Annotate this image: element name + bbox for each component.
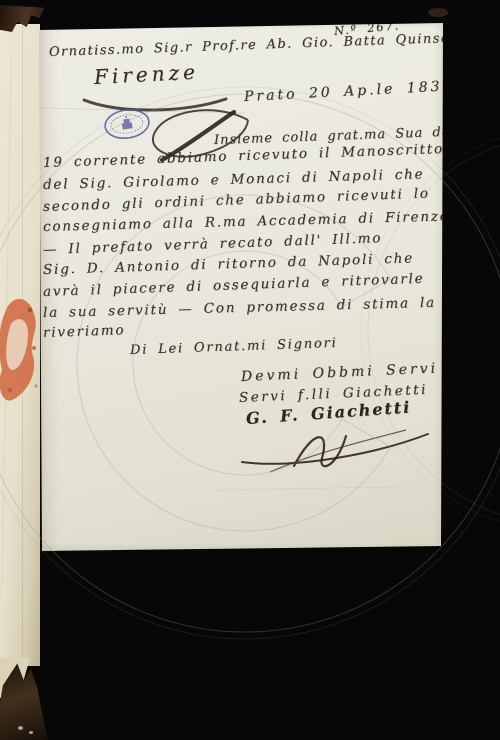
paper-speck: [29, 731, 33, 734]
dateline: Prato 20 Ap.le 1831: [244, 77, 455, 106]
letter-line: riveriamo: [43, 321, 126, 342]
paper-crease: [216, 486, 396, 490]
signature-flourish: [236, 422, 436, 476]
paper-speck: [18, 726, 23, 730]
letter-page: N.º 267. Ornatiss.mo Sig.r Prof.re Ab. G…: [36, 18, 446, 555]
photo-background: N.º 267. Ornatiss.mo Sig.r Prof.re Ab. G…: [0, 0, 500, 740]
dust-smudge: [428, 8, 448, 17]
red-wax-stain: [0, 290, 42, 416]
address-line-2: Firenze: [94, 63, 200, 86]
address-line-1: Ornatiss.mo Sig.r Prof.re Ab. Gio. Batta…: [49, 29, 466, 62]
valediction-line-1: Di Lei Ornat.mi Signori: [130, 335, 338, 360]
